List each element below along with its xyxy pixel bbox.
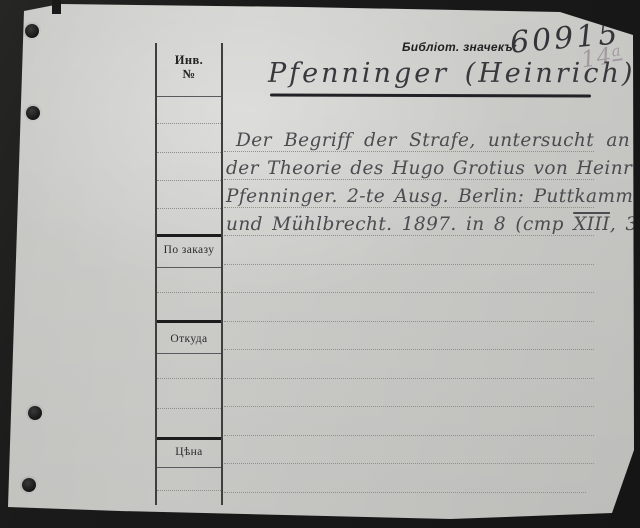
column-label-origin: Откуда bbox=[157, 333, 221, 345]
punch-hole-4 bbox=[22, 478, 36, 492]
ruled-line bbox=[224, 435, 594, 436]
punch-hole-1 bbox=[25, 24, 39, 38]
ruled-line bbox=[224, 179, 594, 180]
column-rule bbox=[157, 123, 221, 124]
ruled-line bbox=[224, 492, 586, 493]
ruled-line bbox=[224, 406, 594, 407]
column-rule bbox=[157, 152, 221, 153]
column-rule-thick bbox=[157, 320, 221, 323]
column-rule-thick bbox=[157, 437, 221, 440]
column-rule bbox=[157, 208, 221, 209]
ruled-line bbox=[224, 292, 594, 293]
column-rule bbox=[157, 180, 221, 181]
entry-line-2: der Theorie des Hugo Grotius von Heinric… bbox=[226, 158, 640, 179]
ruled-line bbox=[224, 235, 594, 236]
author-heading: Pfenninger (Heinrich) bbox=[268, 58, 635, 89]
ruled-line bbox=[224, 349, 594, 350]
column-rule bbox=[157, 467, 221, 468]
entry-line-4-post: , 317) bbox=[610, 214, 640, 235]
column-rule bbox=[157, 96, 221, 97]
punch-hole-3 bbox=[28, 406, 42, 420]
entry-line-4-pre: und Mühlbrecht. 1897. in 8 (стр bbox=[226, 214, 573, 235]
inventory-column: Инв. № По заказу Откуда Цѣна bbox=[155, 43, 223, 505]
column-label-price: Цѣна bbox=[157, 446, 221, 458]
ruled-line bbox=[224, 378, 594, 379]
catalog-card: Инв. № По заказу Откуда Цѣна bbox=[0, 0, 640, 528]
entry-line-3: Pfenninger. 2-te Ausg. Berlin: Puttkamme… bbox=[226, 186, 640, 207]
column-rule bbox=[157, 378, 221, 379]
ruled-line bbox=[224, 264, 594, 265]
column-label-order: По заказу bbox=[157, 244, 221, 256]
entry-line-4: und Mühlbrecht. 1897. in 8 (стр XIII, 31… bbox=[226, 214, 640, 235]
column-rule bbox=[157, 267, 221, 268]
punch-hole-2 bbox=[26, 106, 40, 120]
column-rule bbox=[157, 292, 221, 293]
column-rule bbox=[157, 408, 221, 409]
ruled-line bbox=[224, 207, 594, 208]
scan-notch bbox=[52, 0, 61, 14]
column-rule bbox=[157, 490, 221, 491]
entry-line-4-roman-numeral: XIII bbox=[573, 214, 610, 235]
heading-underline bbox=[270, 93, 591, 97]
column-header-line2: № bbox=[157, 67, 221, 81]
column-header-line1: Инв. bbox=[157, 53, 221, 67]
column-rule bbox=[157, 353, 221, 354]
library-mark-label: Библіот. значекъ: bbox=[402, 40, 517, 54]
entry-line-1: Der Begriff der Strafe, untersucht an bbox=[236, 130, 630, 151]
ruled-line bbox=[224, 321, 594, 322]
ruled-line bbox=[224, 463, 594, 464]
column-rule-thick bbox=[157, 234, 221, 237]
column-header: Инв. № bbox=[157, 53, 221, 81]
ruled-line bbox=[224, 151, 594, 152]
scan-background: Инв. № По заказу Откуда Цѣна bbox=[0, 0, 640, 528]
